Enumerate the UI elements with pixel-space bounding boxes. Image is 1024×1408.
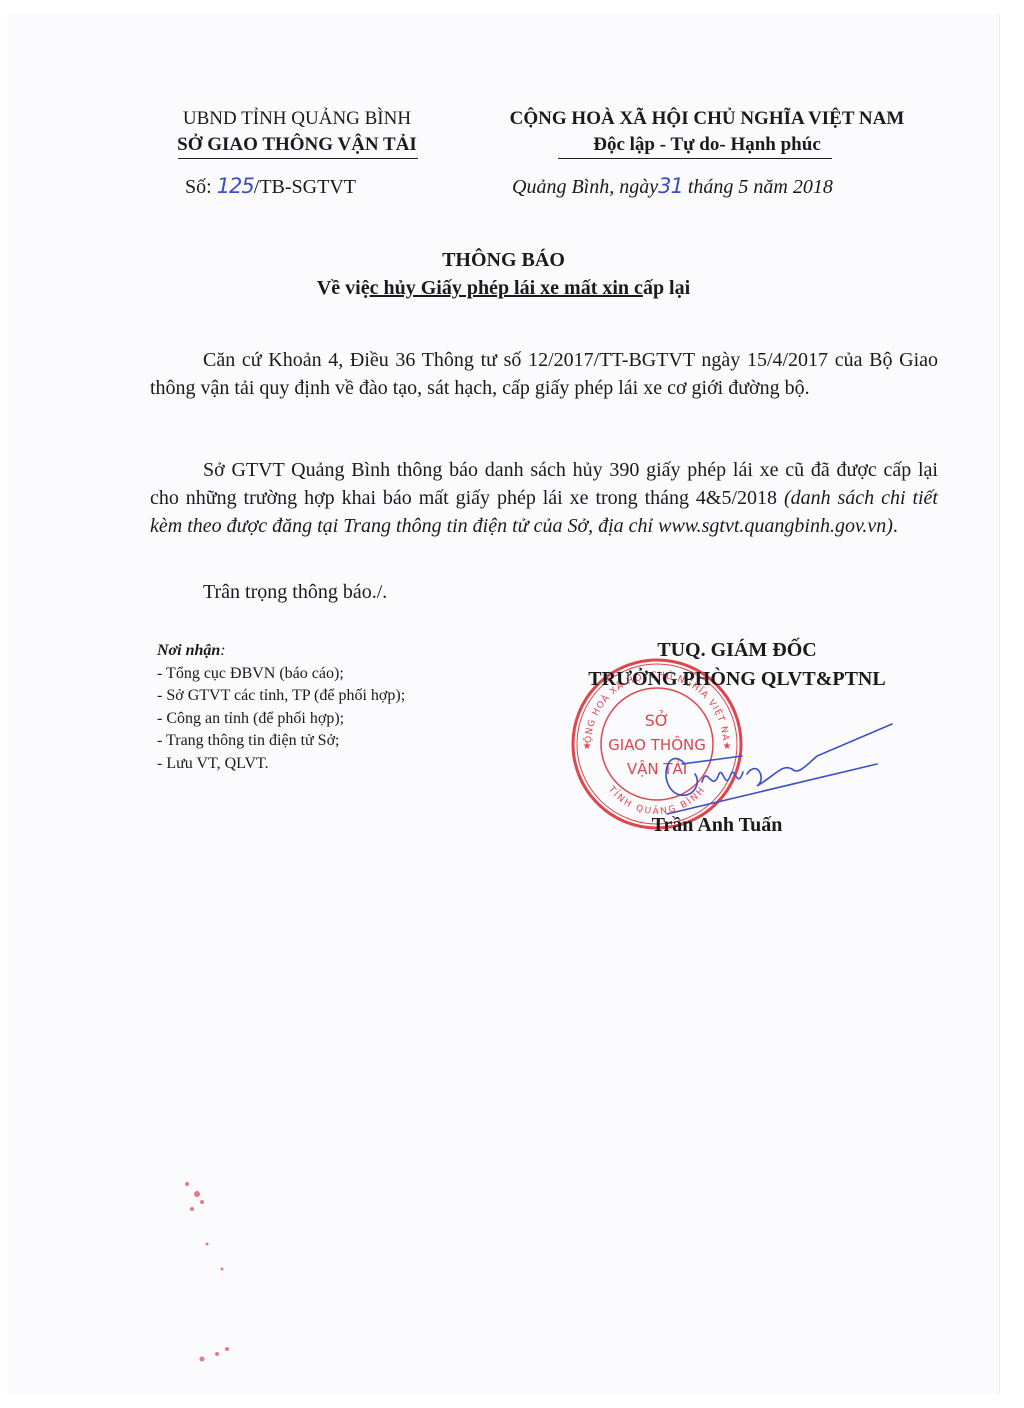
document-number-suffix: /TB-SGTVT — [254, 176, 356, 198]
signature-position: TRƯỞNG PHÒNG QLVT&PTNL — [547, 665, 927, 694]
issuer-province: UBND TỈNH QUẢNG BÌNH — [147, 106, 447, 132]
announcement-end: . — [893, 515, 898, 537]
recipient-item: - Trang thông tin điện tử Sở; — [157, 730, 405, 753]
recipient-item: - Lưu VT, QLVT. — [157, 753, 405, 776]
closing-line: Trân trọng thông báo./. — [150, 578, 938, 606]
star-icon: ★ — [583, 741, 592, 752]
recipients-block: Nơi nhận: - Tổng cục ĐBVN (báo cáo); - S… — [157, 640, 405, 775]
handwritten-day: 31 — [658, 174, 683, 198]
recipients-label: Nơi nhận — [157, 642, 220, 659]
signer-name: Trần Anh Tuấn — [547, 814, 887, 837]
document-number: Số: 125/TB-SGTVT — [185, 174, 356, 199]
date-suffix: tháng 5 năm 2018 — [683, 176, 833, 198]
recipients-colon: : — [220, 642, 225, 659]
issuer-department: SỞ GIAO THÔNG VẬN TẢI — [147, 132, 447, 158]
paragraph-announcement: Sở GTVT Quảng Bình thông báo danh sách h… — [150, 456, 938, 540]
issuer-header: UBND TỈNH QUẢNG BÌNH SỞ GIAO THÔNG VẬN T… — [147, 106, 447, 158]
signature-block: TUQ. GIÁM ĐỐC TRƯỞNG PHÒNG QLVT&PTNL — [547, 636, 927, 694]
handwritten-signature — [607, 704, 907, 824]
issuer-underline — [178, 158, 418, 159]
national-header: CỘNG HOÀ XÃ HỘI CHỦ NGHĨA VIỆT NAM Độc l… — [477, 106, 937, 158]
signature-authority: TUQ. GIÁM ĐỐC — [547, 636, 927, 665]
recipient-item: - Sở GTVT các tỉnh, TP (để phối hợp); — [157, 685, 405, 708]
document-number-label: Số: — [185, 176, 217, 198]
recipient-item: - Công an tỉnh (để phối hợp); — [157, 708, 405, 731]
national-title: CỘNG HOÀ XÃ HỘI CHỦ NGHĨA VIỆT NAM — [477, 106, 937, 132]
date-prefix: Quảng Bình, ngày — [512, 176, 658, 198]
subtitle-part: ấp lại — [643, 277, 690, 299]
motto-underline — [558, 158, 832, 159]
paragraph-legal-basis: Căn cứ Khoản 4, Điều 36 Thông tư số 12/2… — [150, 346, 938, 402]
national-motto: Độc lập - Tự do- Hạnh phúc — [477, 132, 937, 158]
document-subtitle: Về việc hủy Giấy phép lái xe mất xin cấp… — [7, 274, 1000, 302]
subtitle-part: Về việ — [317, 277, 370, 299]
document-page: UBND TỈNH QUẢNG BÌNH SỞ GIAO THÔNG VẬN T… — [7, 14, 1000, 1394]
red-ink-marks — [147, 1154, 267, 1374]
page-edge — [999, 14, 1000, 1394]
document-title: THÔNG BÁO — [7, 246, 1000, 274]
handwritten-number: 125 — [217, 174, 254, 198]
subtitle-underlined: c hủy Giấy phép lái xe mất xin c — [370, 277, 643, 299]
document-date: Quảng Bình, ngày31 tháng 5 năm 2018 — [512, 174, 833, 199]
recipient-item: - Tổng cục ĐBVN (báo cáo); — [157, 663, 405, 686]
